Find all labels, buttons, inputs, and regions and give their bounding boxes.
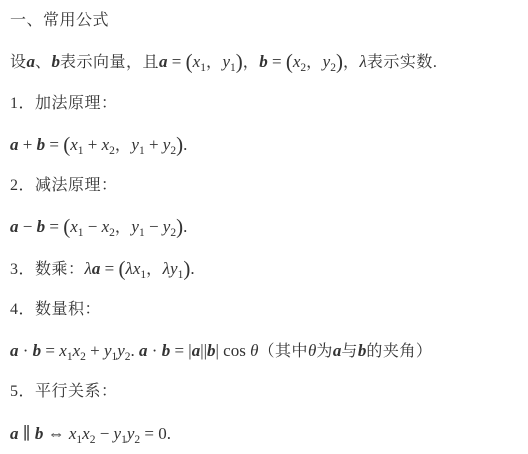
text-segment: =: [45, 217, 63, 236]
item-1-label: 1．加法原理：: [10, 83, 528, 124]
text-segment: y: [104, 341, 112, 360]
text-segment: 2．减法原理：: [10, 177, 118, 194]
text-segment: a: [10, 135, 19, 154]
text-segment: b: [162, 341, 171, 360]
text-segment: | cos: [216, 341, 251, 360]
item-3-scalar-multiplication: 3．数乘：λa = (λx1，λy1).: [10, 248, 528, 289]
text-segment: (: [286, 50, 293, 74]
text-segment: ，: [206, 54, 223, 71]
text-segment: =: [45, 135, 63, 154]
text-segment: 为: [316, 343, 333, 360]
text-segment: .: [183, 217, 187, 236]
text-segment: ||: [200, 341, 207, 360]
text-segment: .: [131, 341, 140, 360]
text-segment: ，: [243, 54, 260, 71]
text-segment: λy: [163, 259, 178, 278]
text-segment: (: [186, 50, 193, 74]
text-segment: b: [207, 341, 216, 360]
text-segment: ∥: [19, 424, 35, 443]
text-segment: y: [222, 52, 230, 71]
document: 一、常用公式设a、b表示向量，且a = (x1，y1)，b = (x2，y2)，…: [0, 0, 528, 454]
text-segment: a: [10, 341, 19, 360]
text-segment: .: [183, 135, 187, 154]
formula-subtraction: a − b = (x1 − x2，y1 − y2).: [10, 206, 528, 247]
text-segment: ，: [115, 219, 132, 236]
text-segment: .: [190, 259, 194, 278]
text-segment: b: [37, 217, 46, 236]
text-segment: y: [117, 341, 125, 360]
text-segment: x: [102, 217, 110, 236]
text-segment: a: [139, 341, 148, 360]
text-segment: λ: [85, 259, 92, 278]
text-segment: x: [73, 341, 81, 360]
text-segment: ·: [148, 341, 162, 360]
formula-dot-product: a · b = x1x2 + y1y2. a · b = |a||b| cos …: [10, 330, 528, 371]
text-segment: b: [37, 135, 46, 154]
text-segment: ): [336, 50, 343, 74]
text-segment: b: [259, 52, 268, 71]
text-segment: =: [168, 52, 186, 71]
text-segment: λ: [359, 52, 366, 71]
text-segment: −: [145, 217, 163, 236]
text-segment: ，: [343, 54, 360, 71]
text-segment: −: [83, 217, 101, 236]
text-segment: +: [83, 135, 101, 154]
text-segment: −: [95, 424, 113, 443]
text-segment: ，: [146, 261, 163, 278]
item-4-label: 4．数量积：: [10, 289, 528, 330]
text-segment: ，: [115, 137, 132, 154]
text-segment: （其中: [258, 343, 308, 360]
intro-line: 设a、b表示向量，且a = (x1，y1)，b = (x2，y2)，λ表示实数.: [10, 41, 528, 82]
item-5-label: 5．平行关系：: [10, 371, 528, 412]
formula-addition: a + b = (x1 + x2，y1 + y2).: [10, 124, 528, 165]
text-segment: a: [10, 217, 19, 236]
text-segment: +: [145, 135, 163, 154]
text-segment: 表示向量，且: [60, 54, 159, 71]
text-segment: = 0.: [140, 424, 171, 443]
text-segment: 表示实数.: [367, 54, 438, 71]
section-title: 一、常用公式: [10, 0, 528, 41]
text-segment: ⇔: [43, 424, 69, 443]
text-segment: = |: [170, 341, 192, 360]
text-segment: y: [114, 424, 122, 443]
text-segment: a: [27, 52, 36, 71]
text-segment: 、: [35, 54, 52, 71]
text-segment: =: [268, 52, 286, 71]
text-segment: 5．平行关系：: [10, 383, 118, 400]
text-segment: +: [86, 341, 104, 360]
text-segment: y: [131, 135, 139, 154]
text-segment: −: [19, 217, 37, 236]
text-segment: λx: [125, 259, 140, 278]
formula-list: 一、常用公式设a、b表示向量，且a = (x1，y1)，b = (x2，y2)，…: [10, 0, 528, 454]
text-segment: ，: [306, 54, 323, 71]
text-segment: a: [159, 52, 168, 71]
text-segment: x: [82, 424, 90, 443]
text-segment: 3．数乘：: [10, 261, 85, 278]
text-segment: b: [52, 52, 61, 71]
text-segment: 4．数量积：: [10, 301, 101, 318]
text-segment: ): [236, 50, 243, 74]
text-segment: 的夹角）: [366, 343, 432, 360]
text-segment: ·: [19, 341, 33, 360]
text-segment: y: [131, 217, 139, 236]
text-segment: b: [33, 341, 42, 360]
text-segment: =: [41, 341, 59, 360]
text-segment: 与: [341, 343, 358, 360]
text-segment: 设: [10, 54, 27, 71]
text-segment: 1．加法原理：: [10, 95, 118, 112]
text-segment: x: [70, 217, 78, 236]
text-segment: a: [10, 424, 19, 443]
formula-parallel: a ∥ b ⇔ x1x2 − y1y2 = 0.: [10, 413, 528, 454]
text-segment: x: [59, 341, 67, 360]
text-segment: x: [102, 135, 110, 154]
item-2-label: 2．减法原理：: [10, 165, 528, 206]
text-segment: a: [192, 341, 201, 360]
text-segment: =: [100, 259, 118, 278]
text-segment: +: [19, 135, 37, 154]
text-segment: 一、常用公式: [10, 12, 109, 29]
text-segment: x: [70, 135, 78, 154]
